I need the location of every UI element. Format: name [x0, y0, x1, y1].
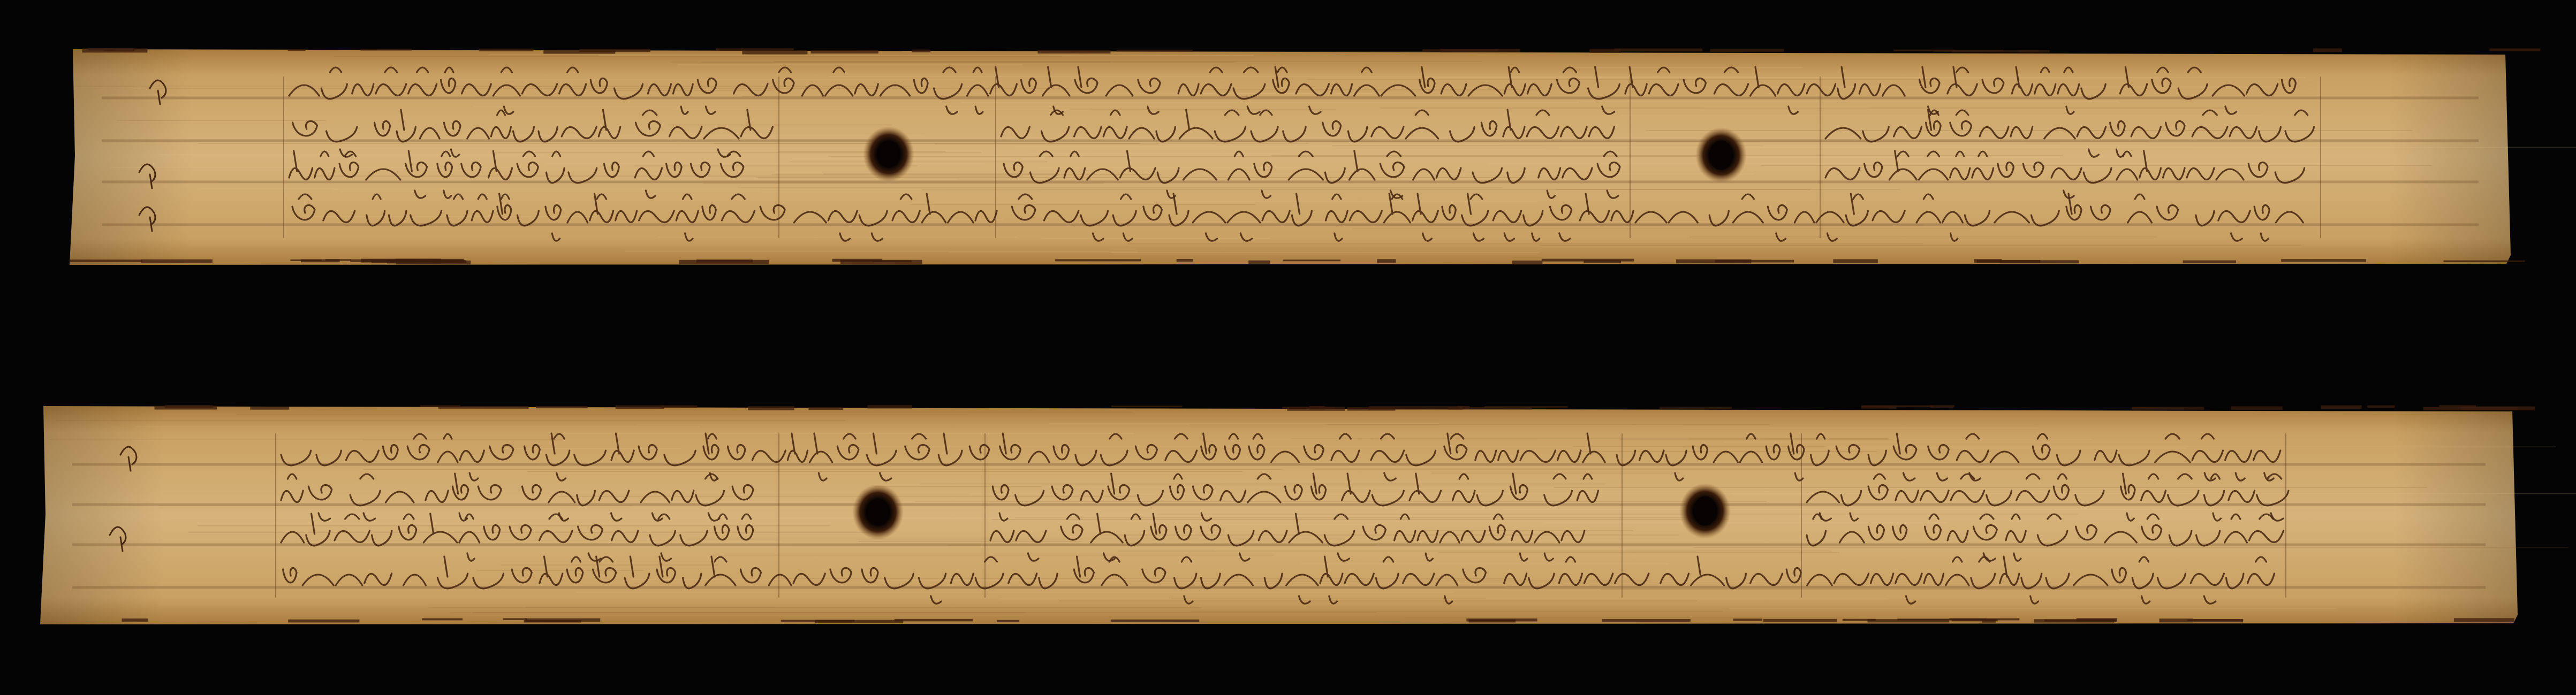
palm-leaf-bottom	[40, 404, 2518, 624]
manuscript-viewer: Palm leaf, recto — four lines of Balines…	[0, 0, 2576, 695]
palm-leaf-top	[70, 47, 2511, 265]
